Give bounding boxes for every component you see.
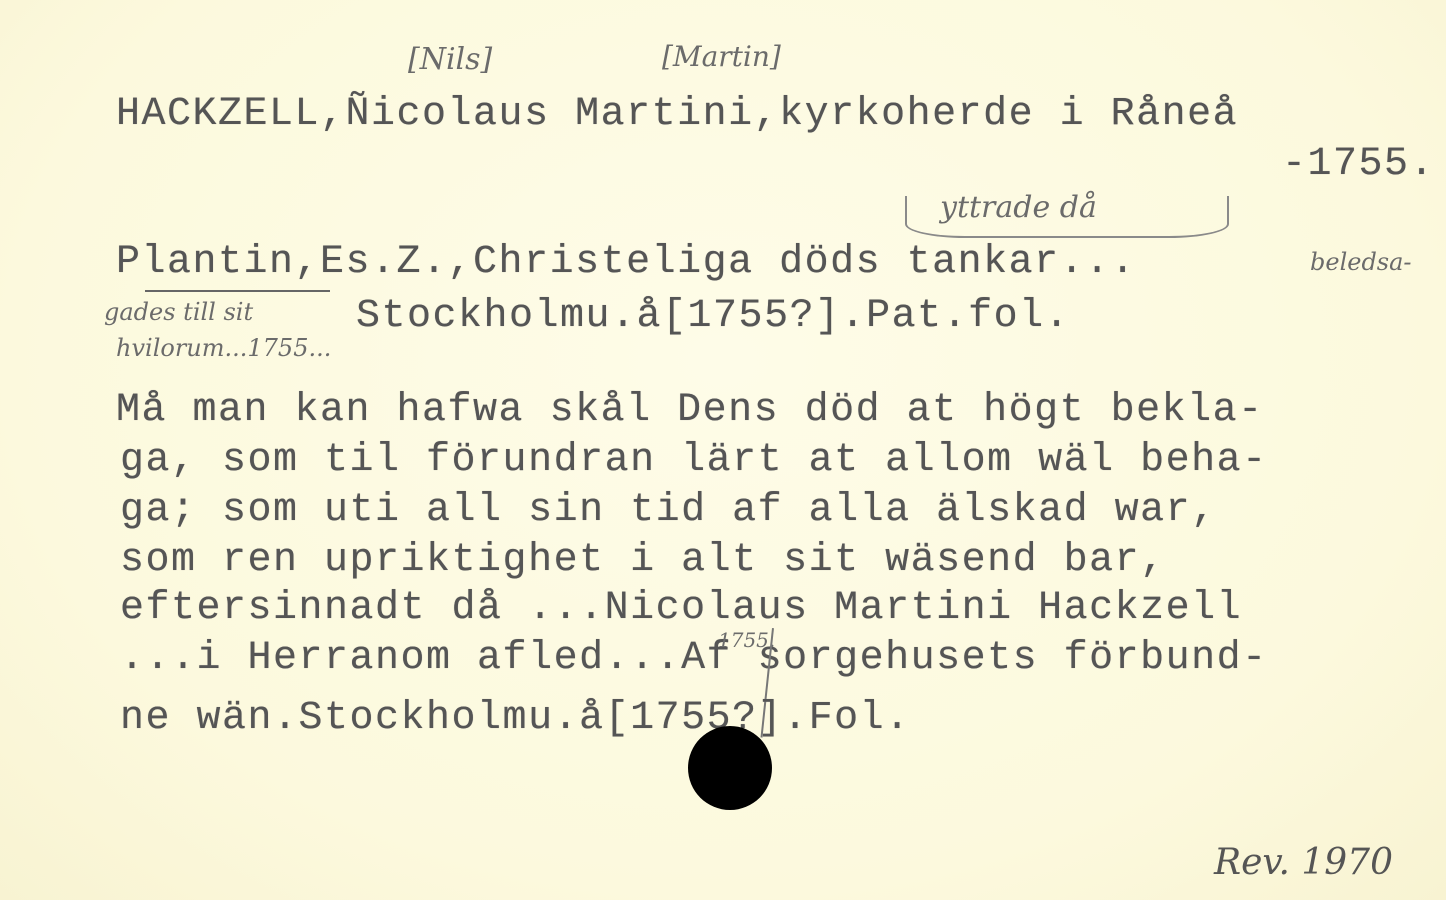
entry-margin-note-1: beledsa- (1310, 248, 1412, 276)
quote-line-3: ga; som uti all sin tid af alla älskad w… (120, 486, 1217, 536)
father-name-note: [Martin] (662, 40, 781, 73)
quote-line-1: Må man kan hafwa skål Dens död at högt b… (116, 386, 1264, 436)
insertion-curve (905, 196, 1229, 238)
quote-line-2: ga, som til förundran lärt at allom wäl … (120, 436, 1268, 486)
author-underline (145, 290, 330, 292)
heading-line-1: HACKZELL,Ñicolaus Martini,kyrkoherde i R… (116, 90, 1238, 140)
entry-line-1: Plantin,Es.Z.,Christeliga döds tankar... (116, 238, 1136, 288)
catalog-card: [Nils] [Martin] HACKZELL,Ñicolaus Martin… (0, 0, 1446, 900)
entry-line-2: Stockholmu.å[1755?].Pat.fol. (356, 292, 1070, 342)
quote-line-4: som ren upriktighet i alt sit wäsend bar… (120, 536, 1166, 586)
quote-line-7: ne wän.Stockholmu.å[1755?].Fol. (120, 694, 911, 744)
quote-inline-note: 1755. (718, 628, 775, 652)
quote-line-6: ...i Herranom afled...Af sorgehusets för… (120, 634, 1268, 684)
heading-line-2: -1755. (1282, 140, 1435, 190)
punch-hole (688, 726, 772, 810)
entry-margin-note-2: gades till sit (104, 298, 253, 326)
revision-note: Rev. 1970 (1214, 842, 1393, 883)
entry-margin-note-3: hvilorum...1755... (116, 334, 331, 362)
first-name-note: [Nils] (408, 42, 492, 77)
quote-line-5: eftersinnadt då ...Nicolaus Martini Hack… (120, 584, 1242, 634)
